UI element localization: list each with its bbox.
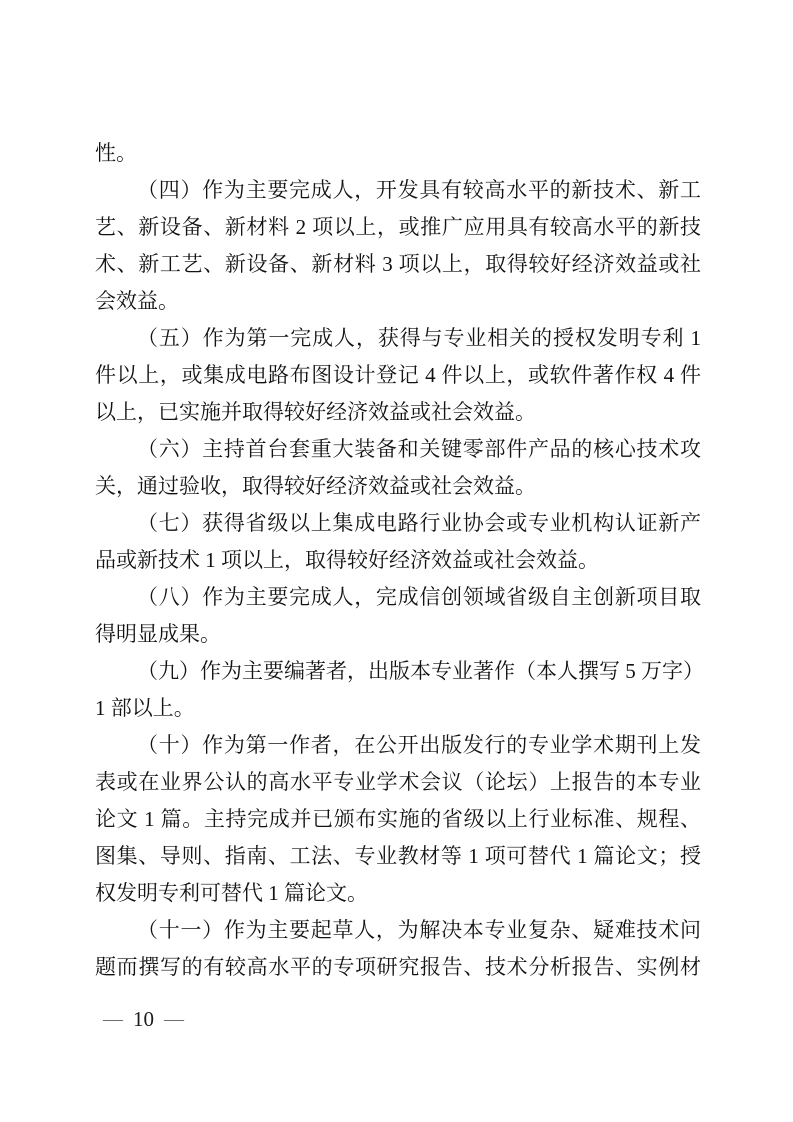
text-line: （四）作为主要完成人，开发具有较高水平的新技术、新工	[95, 172, 701, 209]
text-line: 论文 1 篇。主持完成并已颁布实施的省级以上行业标准、规程、	[95, 801, 701, 838]
paragraph: （九）作为主要编著者，出版本专业著作（本人撰写 5 万字）1 部以上。	[95, 653, 701, 727]
text-line: 以上，已实施并取得较好经济效益或社会效益。	[95, 394, 701, 431]
text-line: （八）作为主要完成人，完成信创领域省级自主创新项目取	[95, 579, 701, 616]
footer-dash-right: —	[164, 1005, 184, 1033]
paragraph: （七）获得省级以上集成电路行业协会或专业机构认证新产品或新技术 1 项以上，取得…	[95, 505, 701, 579]
text-line: （七）获得省级以上集成电路行业协会或专业机构认证新产	[95, 505, 701, 542]
text-line: 性。	[95, 135, 701, 172]
paragraph: （五）作为第一完成人，获得与专业相关的授权发明专利 1件以上，或集成电路布图设计…	[95, 320, 701, 431]
text-line: 得明显成果。	[95, 616, 701, 653]
paragraph: 性。	[95, 135, 701, 172]
text-line: 会效益。	[95, 283, 701, 320]
page-number: 10	[133, 1005, 154, 1033]
paragraph: （十）作为第一作者，在公开出版发行的专业学术期刊上发表或在业界公认的高水平专业学…	[95, 727, 701, 912]
text-line: 关，通过验收，取得较好经济效益或社会效益。	[95, 468, 701, 505]
paragraph: （八）作为主要完成人，完成信创领域省级自主创新项目取得明显成果。	[95, 579, 701, 653]
text-line: （五）作为第一完成人，获得与专业相关的授权发明专利 1	[95, 320, 701, 357]
text-line: 品或新技术 1 项以上，取得较好经济效益或社会效益。	[95, 542, 701, 579]
text-line: 表或在业界公认的高水平专业学术会议（论坛）上报告的本专业	[95, 764, 701, 801]
text-line: （十）作为第一作者，在公开出版发行的专业学术期刊上发	[95, 727, 701, 764]
document-body: 性。（四）作为主要完成人，开发具有较高水平的新技术、新工艺、新设备、新材料 2 …	[95, 135, 701, 986]
text-line: 术、新工艺、新设备、新材料 3 项以上，取得较好经济效益或社	[95, 246, 701, 283]
paragraph: （四）作为主要完成人，开发具有较高水平的新技术、新工艺、新设备、新材料 2 项以…	[95, 172, 701, 320]
document-page: 性。（四）作为主要完成人，开发具有较高水平的新技术、新工艺、新设备、新材料 2 …	[0, 0, 793, 1122]
text-line: （九）作为主要编著者，出版本专业著作（本人撰写 5 万字）	[95, 653, 701, 690]
paragraph: （六）主持首台套重大装备和关键零部件产品的核心技术攻关，通过验收，取得较好经济效…	[95, 431, 701, 505]
text-line: 件以上，或集成电路布图设计登记 4 件以上，或软件著作权 4 件	[95, 357, 701, 394]
text-line: 1 部以上。	[95, 690, 701, 727]
text-line: （十一）作为主要起草人，为解决本专业复杂、疑难技术问	[95, 912, 701, 949]
page-footer: — 10 —	[103, 1005, 184, 1033]
text-line: 艺、新设备、新材料 2 项以上，或推广应用具有较高水平的新技	[95, 209, 701, 246]
paragraph: （十一）作为主要起草人，为解决本专业复杂、疑难技术问题而撰写的有较高水平的专项研…	[95, 912, 701, 986]
text-line: 图集、导则、指南、工法、专业教材等 1 项可替代 1 篇论文；授	[95, 838, 701, 875]
text-line: （六）主持首台套重大装备和关键零部件产品的核心技术攻	[95, 431, 701, 468]
text-line: 题而撰写的有较高水平的专项研究报告、技术分析报告、实例材	[95, 949, 701, 986]
footer-dash-left: —	[103, 1005, 123, 1033]
text-line: 权发明专利可替代 1 篇论文。	[95, 875, 701, 912]
